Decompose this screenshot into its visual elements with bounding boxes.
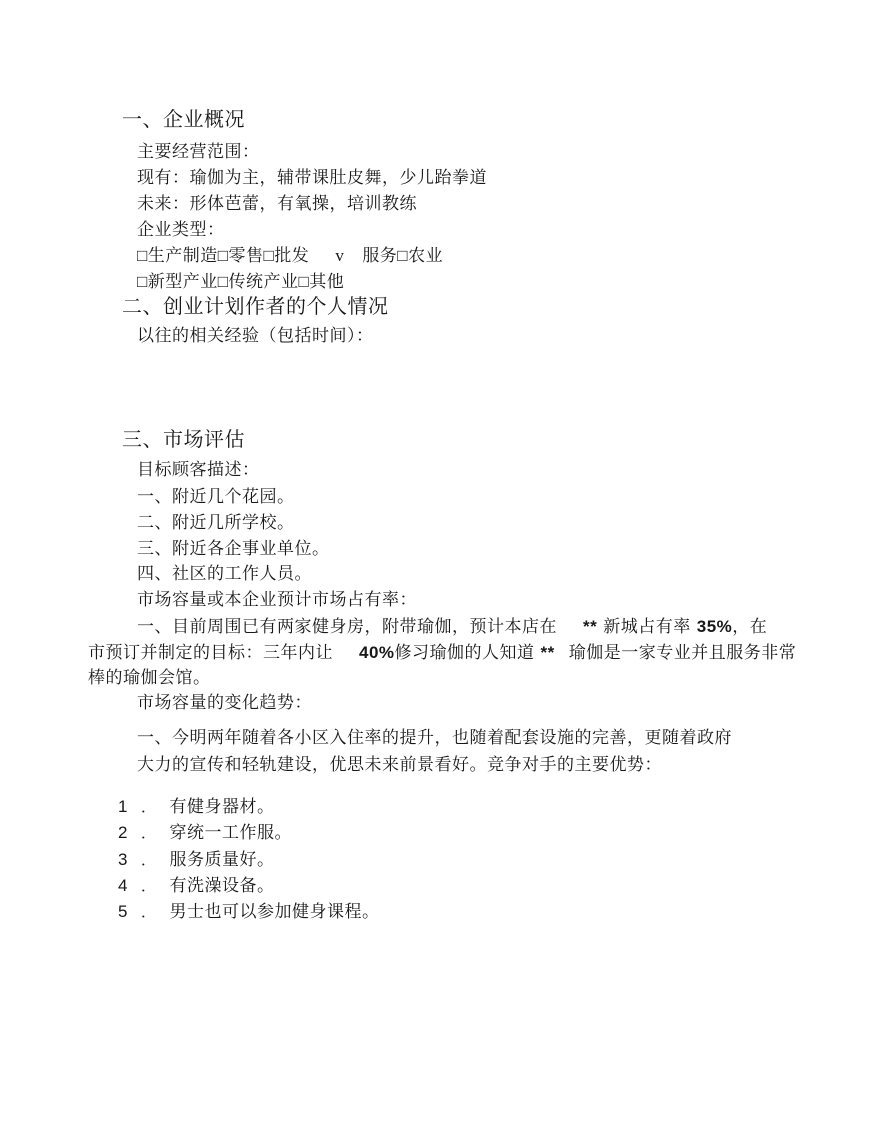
advantage-1-text: 有健身器材。 — [169, 797, 274, 816]
customer-item-2: 二、附近几所学校。 — [137, 512, 295, 534]
advantage-4-number: 4 — [118, 876, 128, 895]
market-share-paragraph-line2: 市预订并制定的目标：三年内让40%修习瑜伽的人知道**瑜伽是一家专业并且服务非常 — [88, 642, 796, 664]
advantage-4-text: 有洗澡设备。 — [169, 876, 274, 895]
advantage-item-4: 4．有洗澡设备。 — [118, 875, 274, 898]
trend-paragraph-line2: 大力的宣传和轻轨建设，优思未来前景看好。竞争对手的主要优势： — [137, 754, 662, 776]
advantage-5-text: 男士也可以参加健身课程。 — [169, 902, 379, 921]
advantage-item-2: 2．穿统一工作服。 — [118, 822, 292, 845]
target-customers-label: 目标顾客描述： — [137, 459, 260, 481]
customer-item-1: 一、附近几个花园。 — [137, 486, 295, 508]
advantage-3-number: 3 — [118, 850, 128, 869]
advantage-3-text: 服务质量好。 — [169, 850, 274, 869]
para1-stars: ** — [583, 617, 597, 636]
advantage-2-number: 2 — [118, 823, 128, 842]
experience-label: 以往的相关经验（包括时间）： — [137, 325, 374, 347]
section-1-heading: 一、企业概况 — [122, 108, 245, 133]
market-share-paragraph-line1: 一、目前周围已有两家健身房，附带瑜伽，预计本店在**新城占有率35%，在 — [137, 616, 767, 638]
advantage-2-text: 穿统一工作服。 — [169, 823, 292, 842]
section-2-heading: 二、创业计划作者的个人情况 — [122, 295, 389, 320]
main-scope-label: 主要经营范围： — [137, 141, 260, 163]
advantage-item-1: 1．有健身器材。 — [118, 796, 274, 819]
advantage-2-dot: ． — [141, 826, 157, 842]
para2-text-a: 市预订并制定的目标：三年内让 — [88, 643, 333, 662]
trend-paragraph-line1: 一、今明两年随着各小区入住率的提升，也随着配套设施的完善，更随着政府 — [137, 727, 732, 749]
current-business-line: 现有：瑜伽为主，辅带课肚皮舞，少儿跆拳道 — [137, 167, 487, 189]
para1-percent: 35% — [697, 617, 733, 636]
para2-text-b: 修习瑜伽的人知道 — [395, 643, 535, 662]
future-business-line: 未来：形体芭蕾，有氧操，培训教练 — [137, 193, 417, 215]
enterprise-type-label: 企业类型： — [137, 219, 225, 241]
type-options-group-a: □生产制造□零售□批发 — [137, 246, 309, 265]
para1-text-b: 新城占有率 — [603, 617, 691, 636]
customer-item-3: 三、附近各企事业单位。 — [137, 538, 330, 560]
advantage-1-dot: ． — [141, 800, 157, 816]
market-share-paragraph-line3: 棒的瑜伽会馆。 — [88, 667, 211, 689]
advantage-1-number: 1 — [118, 797, 128, 816]
document-page: 一、企业概况 主要经营范围： 现有：瑜伽为主，辅带课肚皮舞，少儿跆拳道 未来：形… — [0, 0, 886, 1147]
capacity-trend-label: 市场容量的变化趋势： — [137, 692, 312, 714]
advantage-item-3: 3．服务质量好。 — [118, 849, 274, 872]
advantage-item-5: 5．男士也可以参加健身课程。 — [118, 901, 379, 924]
para2-text-c: 瑜伽是一家专业并且服务非常 — [569, 643, 797, 662]
service-check-mark: v — [335, 246, 344, 265]
advantage-4-dot: ． — [141, 879, 157, 895]
para2-stars: ** — [541, 643, 555, 662]
advantage-3-dot: ． — [141, 853, 157, 869]
enterprise-type-options-row2: □新型产业□传统产业□其他 — [137, 271, 344, 293]
section-3-heading: 三、市场评估 — [122, 428, 245, 453]
type-options-group-b: 服务□农业 — [362, 246, 443, 265]
para2-percent: 40% — [359, 643, 395, 662]
market-capacity-label: 市场容量或本企业预计市场占有率： — [137, 589, 417, 611]
customer-item-4: 四、社区的工作人员。 — [137, 563, 312, 585]
para1-text-a: 一、目前周围已有两家健身房，附带瑜伽，预计本店在 — [137, 617, 557, 636]
advantage-5-number: 5 — [118, 902, 128, 921]
advantage-5-dot: ． — [141, 905, 157, 921]
enterprise-type-options-row1: □生产制造□零售□批发v服务□农业 — [137, 245, 443, 267]
para1-text-c: ，在 — [732, 617, 767, 636]
